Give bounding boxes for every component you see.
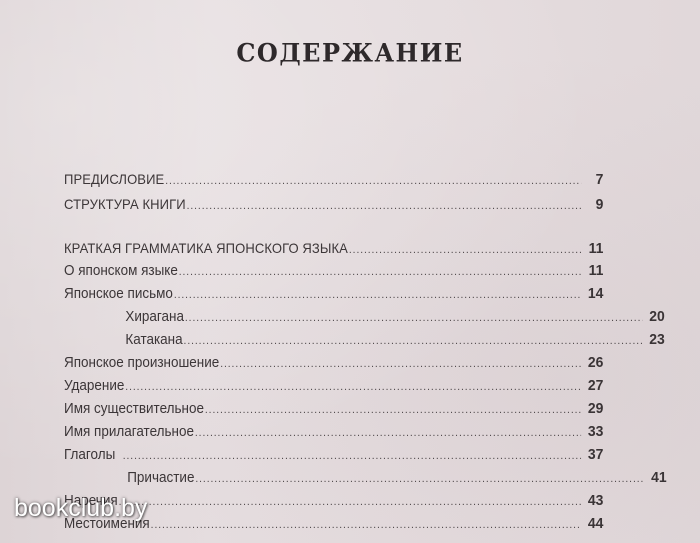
toc-entry-preface: ПРЕДИСЛОВИЕ 7 [64, 168, 603, 190]
toc-entry-page: 37 [583, 444, 603, 466]
toc-entry-label: Японское произношение [64, 352, 219, 374]
toc-entry-page: 9 [583, 194, 603, 216]
toc-entry-page: 27 [583, 375, 603, 397]
dot-leader [151, 514, 581, 536]
toc-entry-writing: Японское письмо 14 [64, 283, 603, 305]
toc-entry-label: СТРУКТУРА КНИГИ [64, 193, 186, 215]
toc-entry-noun: Имя существительное 29 [64, 398, 603, 420]
toc-entry-label: Японское письмо [64, 283, 173, 305]
toc-entry-page: 29 [583, 398, 603, 420]
dot-leader [119, 491, 581, 513]
toc-entry-page: 26 [583, 352, 603, 374]
toc-entry-page: 20 [644, 306, 664, 328]
toc-entry-participle: Причастие 41 [64, 467, 667, 489]
dot-leader [185, 307, 643, 329]
toc-entry-label: Хирагана [125, 306, 184, 328]
toc-entry-about-language: О японском языке 11 [64, 260, 603, 282]
toc-entry-label: О японском языке [64, 260, 178, 282]
dot-leader [349, 239, 581, 261]
toc-entry-page: 11 [583, 238, 603, 260]
dot-leader [174, 284, 581, 306]
page-title: СОДЕРЖАНИЕ [0, 37, 700, 67]
toc-entry-stress: Ударение 27 [64, 375, 603, 397]
toc-entry-page: 7 [583, 169, 603, 191]
dot-leader [205, 399, 581, 421]
toc-entry-adjective: Имя прилагательное 33 [64, 421, 603, 443]
dot-leader [184, 330, 643, 352]
toc-entry-page: 33 [583, 421, 603, 443]
toc-entry-book-structure: СТРУКТУРА КНИГИ 9 [64, 193, 603, 215]
watermark: bookclub.by [14, 494, 147, 523]
toc-entry-page: 11 [583, 260, 603, 282]
toc-entry-page: 23 [644, 329, 664, 351]
toc-entry-page: 14 [583, 283, 603, 305]
dot-leader [125, 376, 581, 398]
toc-entry-label: Глаголы [64, 444, 115, 466]
toc-entry-label: Имя существительное [64, 398, 204, 420]
toc-entry-label: Ударение [64, 375, 124, 397]
toc-entry-pronunciation: Японское произношение 26 [64, 352, 603, 374]
toc-entry-label: Имя прилагательное [64, 421, 194, 443]
toc-entry-page: 41 [646, 467, 666, 489]
toc-entry-page: 44 [583, 513, 603, 535]
toc-entry-verbs: Глаголы 37 [64, 444, 603, 466]
dot-leader [187, 195, 581, 217]
dot-leader [220, 353, 581, 375]
toc-entry-grammar: КРАТКАЯ ГРАММАТИКА ЯПОНСКОГО ЯЗЫКА 11 [64, 237, 603, 259]
dot-leader [165, 170, 581, 192]
toc-entry-hiragana: Хирагана 20 [64, 306, 665, 328]
toc-entry-label: Катакана [125, 329, 182, 351]
toc-entry-katakana: Катакана 23 [64, 329, 665, 351]
dot-leader [179, 261, 581, 283]
toc-entry-label: КРАТКАЯ ГРАММАТИКА ЯПОНСКОГО ЯЗЫКА [64, 237, 348, 259]
dot-leader [123, 445, 581, 467]
dot-leader [195, 422, 581, 444]
toc-entry-label: Причастие [127, 467, 194, 489]
dot-leader [195, 468, 644, 490]
toc-entry-label: ПРЕДИСЛОВИЕ [64, 168, 164, 190]
toc-entry-page: 43 [583, 490, 603, 512]
